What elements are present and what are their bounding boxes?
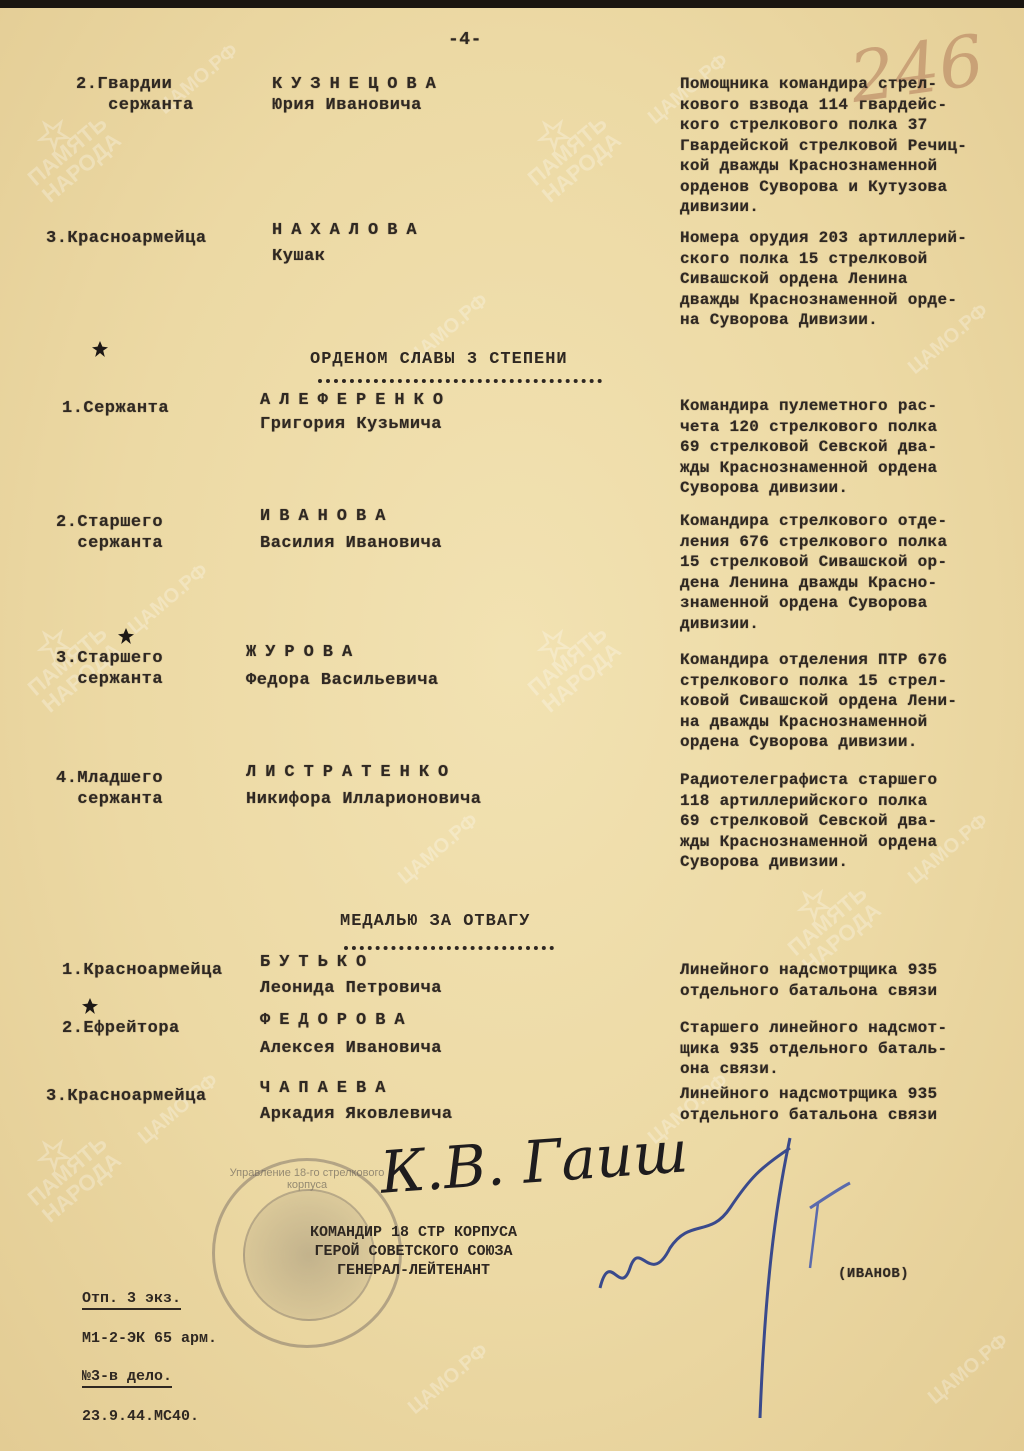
entry-surname: АЛЕФЕРЕНКО (260, 390, 452, 411)
watermark-pamyat-naroda: ☆ПАМЯТЬНАРОДА (10, 1115, 125, 1227)
page-number: -4- (448, 30, 482, 51)
entry-rank: 2.Старшего сержанта (56, 512, 163, 554)
entry-rank: 3.Красноармейца (46, 1086, 207, 1107)
dotted-divider (344, 942, 554, 950)
commander-name: (ИВАНОВ) (838, 1264, 909, 1285)
entry-given-name: Григория Кузьмича (260, 414, 442, 435)
star-icon: ☆ (510, 95, 597, 173)
entry-given-name: Юрия Ивановича (272, 95, 422, 116)
watermark-pamyat-naroda: ☆ПАМЯТЬНАРОДА (510, 95, 625, 207)
entry-surname: ФЕДОРОВА (260, 1010, 414, 1031)
registry-date: 23.9.44.МС40. (82, 1408, 199, 1425)
commander-title-block: КОМАНДИР 18 СТР КОРПУСА ГЕРОЙ СОВЕТСКОГО… (310, 1223, 517, 1280)
entry-description: Радиотелеграфиста старшего 118 артиллери… (680, 770, 1024, 873)
registry-copies: Отп. 3 экз. (82, 1289, 181, 1310)
entry-surname: НАХАЛОВА (272, 220, 426, 241)
entry-surname: ИВАНОВА (260, 506, 394, 527)
scan-top-edge (0, 0, 1024, 8)
punch-hole (118, 628, 134, 644)
entry-surname: БУТЬКО (260, 952, 375, 973)
dotted-divider (318, 375, 602, 383)
star-icon: ☆ (510, 605, 597, 683)
entry-given-name: Аркадия Яковлевича (260, 1104, 453, 1125)
entry-description: Помощника командира стрел- кового взвода… (680, 74, 1024, 218)
watermark-camo: ЦАМО.РФ (924, 1330, 1013, 1410)
entry-given-name: Кушак (272, 246, 326, 267)
entry-surname: ЛИСТРАТЕНКО (246, 762, 457, 783)
section-heading-medal-for-courage: МЕДАЛЬЮ ЗА ОТВАГУ (340, 912, 530, 931)
entry-rank: 3.Красноармейца (46, 228, 207, 249)
watermark-camo: ЦАМО.РФ (394, 810, 483, 890)
entry-rank: 3.Старшего сержанта (56, 648, 163, 690)
entry-description: Командира стрелкового отде- ления 676 ст… (680, 511, 1024, 634)
entry-description: Старшего линейного надсмот- щика 935 отд… (680, 1018, 1024, 1080)
award-list-page: ☆ПАМЯТЬНАРОДА ☆ПАМЯТЬНАРОДА ☆ПАМЯТЬНАРОД… (0, 8, 1024, 1451)
watermark-camo: ЦАМО.РФ (404, 1340, 493, 1420)
punch-hole (82, 998, 98, 1014)
blue-pencil-signature (560, 1128, 860, 1428)
entry-description: Командира пулеметного рас- чета 120 стре… (680, 396, 1024, 499)
watermark-camo: ЦАМО.РФ (124, 560, 213, 640)
registry-recipient: М1-2-ЭК 65 арм. (82, 1330, 217, 1347)
entry-given-name: Никифора Илларионовича (246, 789, 481, 810)
seal-text: Управление 18-го стрелкового корпуса (215, 1167, 399, 1191)
entry-description: Линейного надсмотрщика 935 отдельного ба… (680, 1084, 1024, 1125)
punch-hole (92, 341, 108, 357)
registry-note: Отп. 3 экз. М1-2-ЭК 65 арм. №3-в дело. 2… (46, 1270, 217, 1445)
entry-given-name: Федора Васильевича (246, 670, 439, 691)
entry-description: Командира отделения ПТР 676 стрелкового … (680, 650, 1024, 753)
entry-description: Номера орудия 203 артиллерий- ского полк… (680, 228, 1024, 331)
entry-rank: 2.Гвардии сержанта (76, 74, 194, 116)
entry-surname: КУЗНЕЦОВА (272, 74, 445, 95)
registry-file: №3-в дело. (82, 1367, 172, 1388)
entry-rank: 1.Сержанта (62, 398, 169, 419)
section-heading-order-of-glory: ОРДЕНОМ СЛАВЫ 3 СТЕПЕНИ (310, 350, 568, 369)
entry-given-name: Василия Ивановича (260, 533, 442, 554)
entry-rank: 2.Ефрейтора (62, 1018, 180, 1039)
watermark-camo: ЦАМО.РФ (134, 1070, 223, 1150)
entry-surname: ЖУРОВА (246, 642, 361, 663)
entry-rank: 1.Красноармейца (62, 960, 223, 981)
entry-given-name: Алексея Ивановича (260, 1038, 442, 1059)
entry-given-name: Леонида Петровича (260, 978, 442, 999)
watermark-pamyat-naroda: ☆ПАМЯТЬНАРОДА (510, 605, 625, 717)
star-icon: ☆ (10, 1115, 97, 1193)
star-icon: ☆ (770, 865, 857, 943)
entry-surname: ЧАПАЕВА (260, 1078, 394, 1099)
entry-description: Линейного надсмотрщика 935 отдельного ба… (680, 960, 1024, 1001)
entry-rank: 4.Младшего сержанта (56, 768, 163, 810)
